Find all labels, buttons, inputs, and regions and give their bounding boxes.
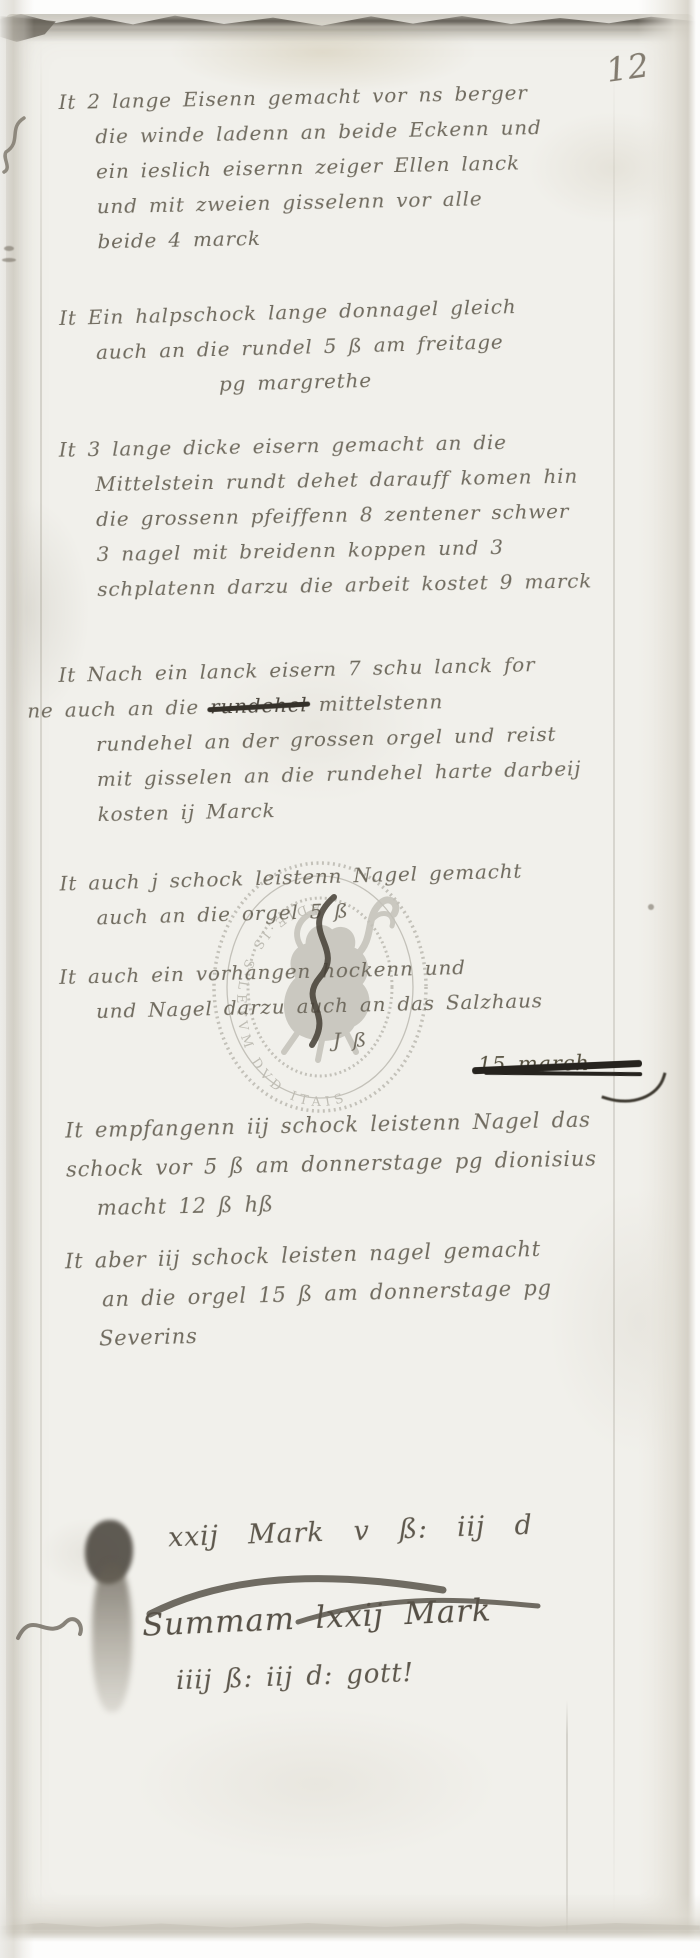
fold-crease (566, 1700, 568, 1935)
ledger-entry-1: It 2 lange Eisenn gemacht vor ns berger … (58, 75, 544, 260)
entry-line-text: mittelstenn (307, 689, 443, 716)
binding-left-edge (0, 0, 34, 1958)
ledger-entry-7: It empfangenn iij schock leistenn Nagel … (65, 1100, 598, 1228)
ledger-entry-3: It 3 lange dicke eisern gemacht an die M… (59, 423, 593, 607)
bleedthrough-speck (2, 258, 16, 262)
ink-smear (92, 1562, 132, 1712)
pen-trial-mark (14, 1594, 90, 1656)
fold-crease (613, 60, 615, 1920)
scanned-page: ADIE·IS S·LETVM DVD ITAIS 12 It 2 lange … (0, 0, 700, 1958)
ledger-entry-8: It aber iij schock leisten nagel gemacht… (65, 1230, 554, 1360)
struck-amount-note: 15 march (478, 1051, 590, 1077)
entry-line-text: ne auch an die (27, 694, 210, 722)
ink-flourish (288, 893, 358, 1058)
ledger-entry-4: It Nach ein lanck eisern 7 schu lanck fo… (58, 646, 582, 833)
deckle-bottom-edge (0, 1892, 700, 1958)
paper-speck (648, 904, 654, 910)
torn-top-edge-shadow (0, 28, 700, 42)
ledger-entry-2: It Ein halpschock lange donnagel gleich … (59, 289, 519, 406)
page-number: 12 (603, 45, 652, 90)
bleedthrough-speck (4, 246, 14, 251)
deckle-right-edge (636, 0, 700, 1958)
bleedthrough-mark (0, 112, 28, 176)
struck-word: rundehel (210, 692, 308, 718)
